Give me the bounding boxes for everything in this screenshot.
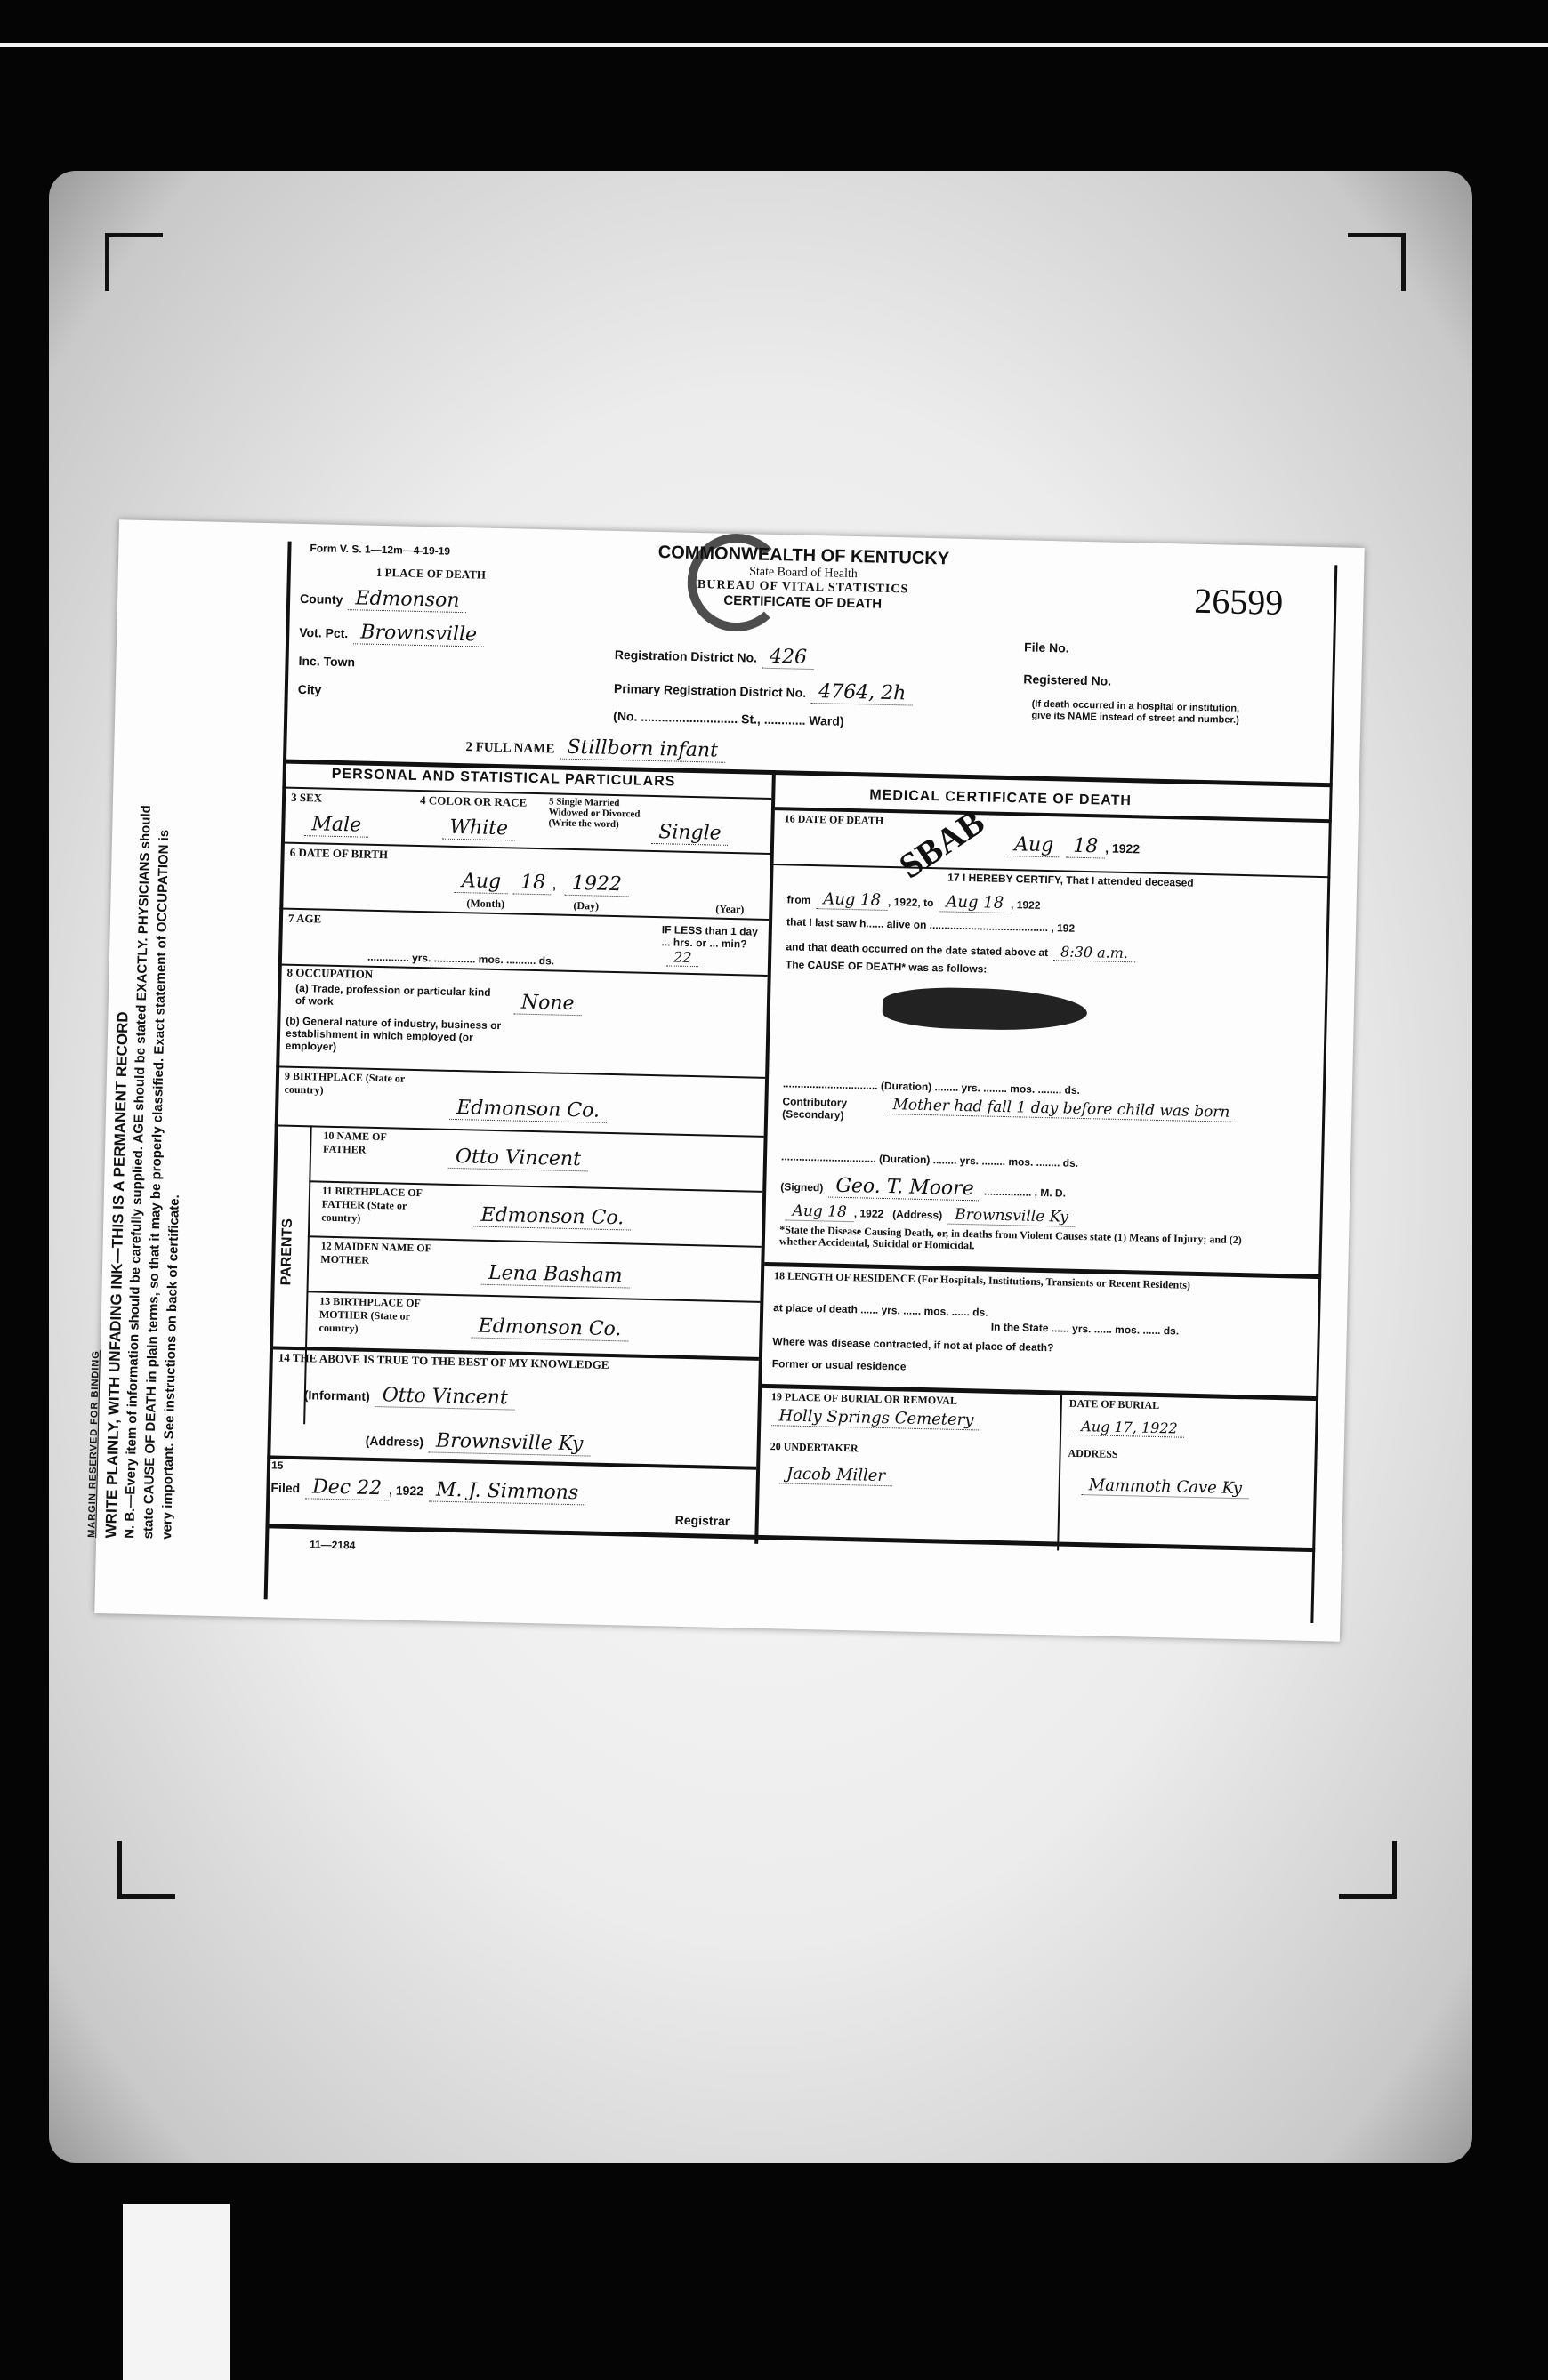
vot-pct-field: Vot. Pct.Brownsville: [299, 620, 484, 647]
registration-district-field: Registration District No.426: [615, 642, 815, 669]
undertaker-value: Jacob Miller: [779, 1464, 893, 1486]
inc-town-field: Inc. Town: [298, 654, 355, 669]
informant-address-value: Brownsville Ky: [429, 1429, 591, 1456]
county-field: CountyEdmonson: [300, 586, 467, 612]
residence-at-place: at place of death ...... yrs. ...... mos…: [773, 1301, 988, 1318]
physician-address: Brownsville Ky: [947, 1206, 1076, 1227]
column-divider: [754, 770, 776, 1544]
hospital-note: (If death occurred in a hospital or inst…: [1031, 699, 1254, 728]
birthplace-label: 9 BIRTHPLACE (State or country): [284, 1070, 427, 1100]
marital-label: 5 Single Married Widowed or Divorced (Wr…: [548, 796, 647, 830]
mother-birthplace-label: 13 BIRTHPLACE OF MOTHER (State or countr…: [318, 1295, 444, 1338]
father-label: 10 NAME OF FATHER: [323, 1130, 413, 1158]
registered-no-field: Registered No.: [1023, 671, 1111, 687]
right-border-line: [1310, 565, 1337, 1623]
mother-label: 12 MAIDEN NAME OF MOTHER: [320, 1240, 455, 1269]
cause-label: The CAUSE OF DEATH* was as follows:: [786, 958, 988, 975]
primary-registration-value: 4764, 2h: [811, 680, 914, 706]
contributory-value: Mother had fall 1 day before child was b…: [885, 1096, 1237, 1122]
file-no-field: File No.: [1024, 639, 1069, 655]
form-number: Form V. S. 1—12m—4-19-19: [310, 542, 450, 558]
certificate-title: COMMONWEALTH OF KENTUCKY State Board of …: [616, 542, 991, 615]
undertaker-label: 20 UNDERTAKER: [770, 1440, 859, 1455]
time-of-death-value: 8:30 a.m.: [1053, 943, 1135, 962]
certificate-number: 26599: [1194, 580, 1284, 623]
signed-field: (Signed)Geo. T. Moore ................ ,…: [780, 1173, 1066, 1202]
full-name-value: Stillborn infant: [560, 736, 725, 763]
burial-date-value: Aug 17, 1922: [1074, 1418, 1185, 1438]
date-of-death-label: 16 DATE OF DEATH: [785, 812, 884, 828]
margin-instructions: MARGIN RESERVED FOR BINDING WRITE PLAINL…: [83, 648, 254, 1541]
informant-address-field: (Address)Brownsville Ky: [365, 1428, 590, 1456]
film-tab: [123, 2204, 230, 2380]
registration-district-value: 426: [762, 646, 815, 670]
crop-mark-bottom-right: [1339, 1841, 1397, 1899]
crop-mark-top-left: [105, 233, 163, 291]
place-of-death-heading: 1 PLACE OF DEATH: [376, 566, 486, 583]
parents-label: PARENTS: [278, 1218, 296, 1286]
race-label: 4 COLOR OR RACE: [420, 793, 528, 810]
signed-date-address: Aug 18, 1922 (Address)Brownsville Ky: [779, 1202, 1076, 1226]
sex-value: Male: [304, 813, 368, 838]
occupation-b-label: (b) General nature of industry, business…: [286, 1015, 527, 1057]
full-name-field: 2 FULL NAMEStillborn infant: [465, 734, 725, 762]
burial-divider: [1057, 1394, 1062, 1551]
dob-label: 6 DATE OF BIRTH: [290, 846, 389, 863]
crop-mark-bottom-left: [117, 1841, 175, 1899]
informant-value: Otto Vincent: [375, 1384, 515, 1411]
contributory-label: Contributory (Secondary): [782, 1095, 881, 1122]
undertaker-address-value: Mammoth Cave Ky: [1082, 1475, 1250, 1499]
registrar-signature: M. J. Simmons: [429, 1478, 586, 1505]
occupation-value: None: [514, 991, 582, 1016]
city-field: City: [298, 682, 322, 697]
divider: [267, 1455, 756, 1469]
mother-value: Lena Basham: [481, 1262, 630, 1289]
filed-section-number: 15: [271, 1459, 284, 1471]
less-than-day-field: IF LESS than 1 day ... hrs. or ... min? …: [661, 923, 760, 967]
race-value: White: [442, 816, 515, 841]
cause-footnote: *State the Disease Causing Death, or, in…: [779, 1224, 1278, 1258]
divider: [279, 907, 769, 920]
physician-signature: Geo. T. Moore: [828, 1175, 981, 1202]
registrar-label: Registrar: [675, 1513, 730, 1528]
marital-value: Single: [651, 821, 729, 846]
burial-date-label: DATE OF BURIAL: [1069, 1397, 1160, 1412]
residence-state: In the State ...... yrs. ...... mos. ...…: [991, 1321, 1180, 1338]
occupation-label: 8 OCCUPATION: [286, 966, 373, 982]
crop-mark-top-right: [1348, 233, 1406, 291]
minutes-value: 22: [666, 948, 699, 967]
birthplace-value: Edmonson Co.: [449, 1097, 607, 1123]
obscured-cause: [882, 986, 1087, 1032]
film-edge-line: [0, 43, 1548, 47]
burial-place-value: Holly Springs Cemetery: [771, 1406, 980, 1430]
father-birthplace-value: Edmonson Co.: [473, 1204, 631, 1231]
date-of-death-value: Aug18, 1922: [1002, 833, 1141, 859]
death-certificate: MARGIN RESERVED FOR BINDING WRITE PLAINL…: [94, 519, 1365, 1641]
year-caption: (Year): [715, 903, 744, 917]
attended-range: fromAug 18, 1922, toAug 18, 1922: [786, 888, 1040, 913]
filed-field: FiledDec 22, 1922M. J. Simmons: [270, 1475, 585, 1504]
sex-label: 3 SEX: [291, 791, 322, 806]
filed-year: 1922: [396, 1483, 424, 1499]
mother-birthplace-value: Edmonson Co.: [471, 1315, 628, 1341]
last-saw-text: that I last saw h...... alive on .......…: [786, 915, 1075, 934]
dob-value: Aug18, 1922: [449, 870, 629, 897]
parents-divider: [303, 1125, 312, 1424]
filed-date-value: Dec 22: [305, 1475, 390, 1500]
burial-place-label: 19 PLACE OF BURIAL OR REMOVAL: [771, 1390, 957, 1408]
occurred-text: and that death occurred on the date stat…: [786, 937, 1135, 961]
duration-line-2: ................................ (Durati…: [781, 1150, 1078, 1170]
age-units: .............. yrs. .............. mos. …: [367, 951, 554, 968]
medical-heading: MEDICAL CERTIFICATE OF DEATH: [869, 787, 1132, 809]
father-birthplace-label: 11 BIRTHPLACE OF FATHER (State or countr…: [321, 1185, 447, 1227]
bottom-divider: [265, 1524, 1315, 1552]
informant-field: (Informant)Otto Vincent: [304, 1382, 515, 1409]
former-residence: Former or usual residence: [772, 1357, 907, 1372]
father-value: Otto Vincent: [448, 1146, 589, 1172]
county-value: Edmonson: [348, 587, 467, 613]
undertaker-address-label: ADDRESS: [1068, 1447, 1117, 1461]
age-label: 7 AGE: [288, 912, 322, 927]
vot-pct-value: Brownsville: [353, 621, 484, 647]
duration-line: ................................ (Durati…: [783, 1077, 1080, 1097]
print-code: 11—2184: [310, 1538, 356, 1551]
month-caption: (Month): [466, 897, 504, 911]
day-caption: (Day): [573, 899, 599, 913]
occupation-a-label: (a) Trade, profession or particular kind…: [295, 982, 501, 1011]
disease-contracted: Where was disease contracted, if not at …: [772, 1335, 1053, 1354]
primary-registration-field: Primary Registration District No.4764, 2…: [614, 676, 914, 705]
street-ward-field: (No. ............................ St., .…: [613, 709, 844, 728]
